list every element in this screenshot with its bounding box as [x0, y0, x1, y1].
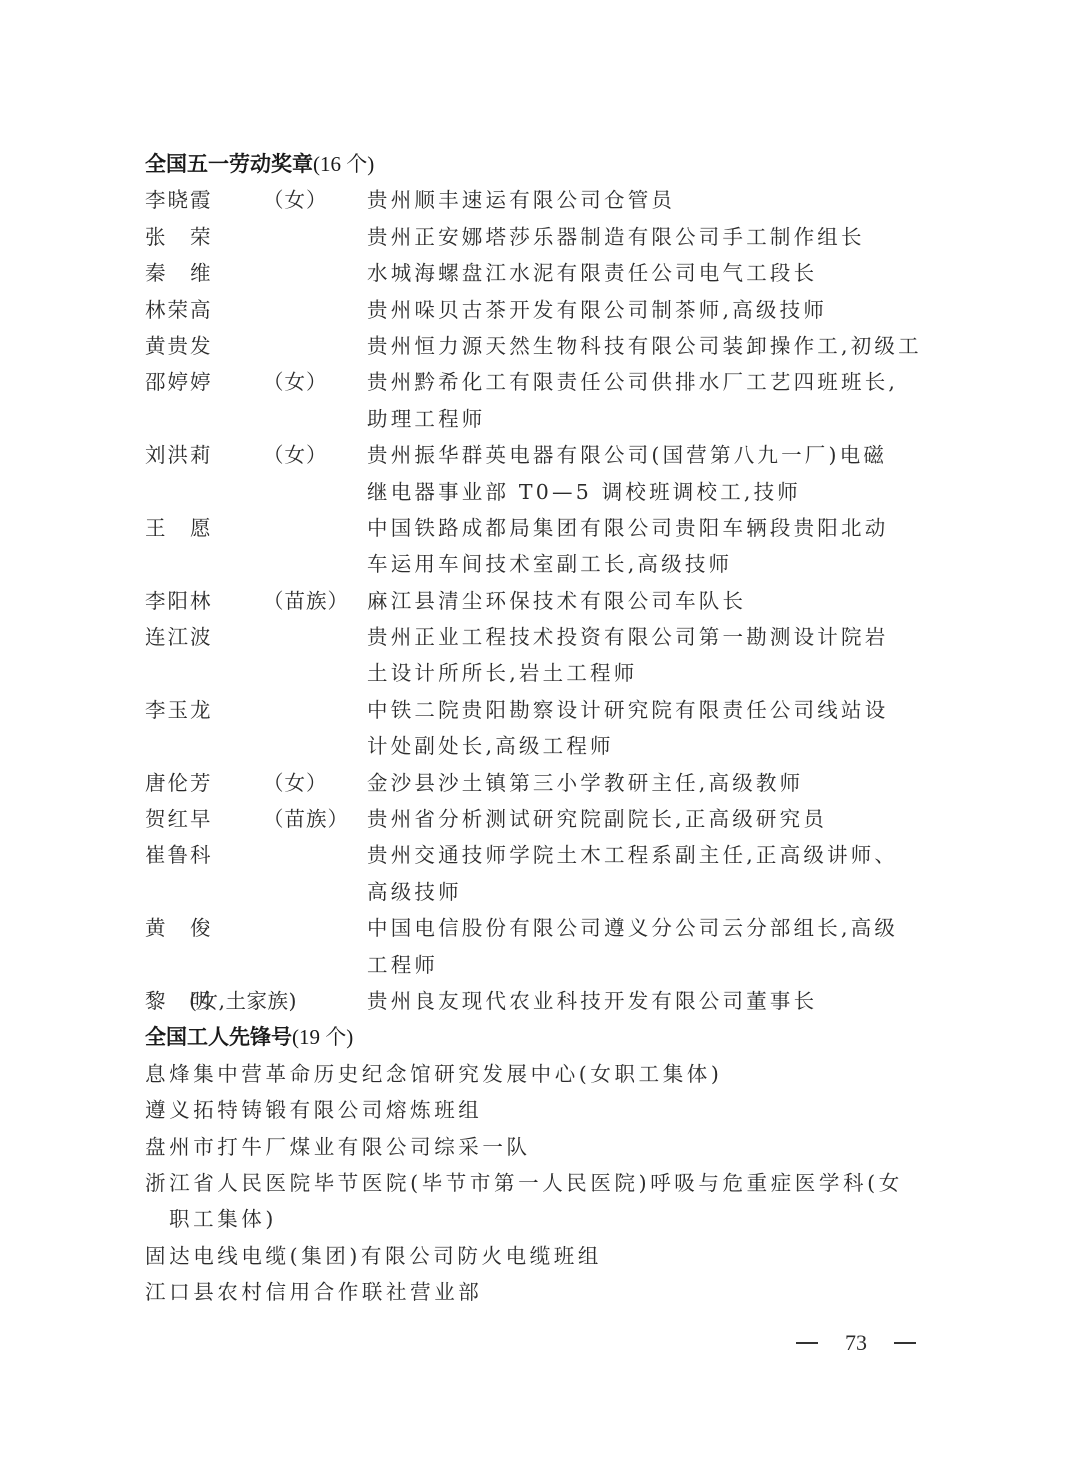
person-name: 黄 俊 — [145, 910, 263, 946]
list-item: 唐伦芳 （女） 金沙县沙土镇第三小学教研主任,高级教师 — [145, 765, 945, 801]
person-name: 秦 维 — [145, 255, 263, 291]
person-note: （苗族） — [263, 801, 367, 837]
list-item: 盘州市打牛厂煤业有限公司综采一队 — [145, 1129, 945, 1165]
list-item: 邵婷婷 （女） 贵州黔希化工有限责任公司供排水厂工艺四班班长, 助理工程师 — [145, 364, 945, 437]
dash-right — [894, 1342, 916, 1344]
section-title-pioneer: 全国工人先锋号(19 个) — [145, 1019, 945, 1055]
section-title-text: 全国五一劳动奖章 — [145, 152, 313, 176]
person-name: 李晓霞 — [145, 182, 263, 218]
page-content: 全国五一劳动奖章(16 个) 李晓霞 （女） 贵州顺丰速运有限公司仓管员 张 荣… — [145, 146, 945, 1311]
person-note — [263, 837, 367, 873]
person-name: 王 愿 — [145, 510, 263, 546]
person-note — [263, 292, 367, 328]
desc-line: 金沙县沙土镇第三小学教研主任,高级教师 — [367, 765, 945, 801]
person-name: 连江波 — [145, 619, 263, 655]
list-item: 遵义拓特铸锻有限公司熔炼班组 — [145, 1092, 945, 1128]
person-note — [263, 692, 367, 728]
person-note: （苗族） — [263, 583, 367, 619]
document-page: 全国五一劳动奖章(16 个) 李晓霞 （女） 贵州顺丰速运有限公司仓管员 张 荣… — [0, 0, 1080, 1475]
desc-line: 贵州恒力源天然生物科技有限公司装卸操作工,初级工 — [367, 328, 945, 364]
person-desc: 贵州交通技师学院土木工程系副主任,正高级讲师、 高级技师 — [367, 837, 945, 910]
desc-line: 水城海螺盘江水泥有限责任公司电气工段长 — [367, 255, 945, 291]
person-desc: 贵州振华群英电器有限公司(国营第八九一厂)电磁 继电器事业部 T0—5 调校班调… — [367, 437, 945, 510]
list-item: 连江波 贵州正业工程技术投资有限公司第一勘测设计院岩 土设计所所长,岩土工程师 — [145, 619, 945, 692]
person-desc: 贵州恒力源天然生物科技有限公司装卸操作工,初级工 — [367, 328, 945, 364]
person-desc: 贵州省分析测试研究院副院长,正高级研究员 — [367, 801, 945, 837]
section-title-text: 全国工人先锋号 — [145, 1025, 292, 1049]
list-item: 刘洪莉 （女） 贵州振华群英电器有限公司(国营第八九一厂)电磁 继电器事业部 T… — [145, 437, 945, 510]
person-note: (女,土家族) — [189, 983, 367, 1019]
person-name: 林荣高 — [145, 292, 263, 328]
desc-line: 贵州正业工程技术投资有限公司第一勘测设计院岩 — [367, 619, 945, 655]
desc-line: 土设计所所长,岩土工程师 — [367, 655, 945, 691]
person-note — [263, 219, 367, 255]
desc-line: 贵州良友现代农业科技开发有限公司董事长 — [367, 983, 945, 1019]
person-note: （女） — [263, 765, 367, 801]
person-note: （女） — [263, 182, 367, 218]
person-name: 贺红早 — [145, 801, 263, 837]
list-item: 李晓霞 （女） 贵州顺丰速运有限公司仓管员 — [145, 182, 945, 218]
person-name: 李玉龙 — [145, 692, 263, 728]
person-note — [263, 910, 367, 946]
page-number: 73 — [845, 1326, 867, 1360]
desc-line: 工程师 — [367, 947, 945, 983]
list-item: 王 愿 中国铁路成都局集团有限公司贵阳车辆段贵阳北动 车运用车间技术室副工长,高… — [145, 510, 945, 583]
list-item: 息烽集中营革命历史纪念馆研究发展中心(女职工集体) — [145, 1056, 945, 1092]
person-desc: 贵州正业工程技术投资有限公司第一勘测设计院岩 土设计所所长,岩土工程师 — [367, 619, 945, 692]
desc-line: 麻江县清尘环保技术有限公司车队长 — [367, 583, 945, 619]
list-item: 林荣高 贵州哚贝古茶开发有限公司制茶师,高级技师 — [145, 292, 945, 328]
person-desc: 贵州顺丰速运有限公司仓管员 — [367, 182, 945, 218]
person-note — [263, 328, 367, 364]
person-name: 邵婷婷 — [145, 364, 263, 400]
list-item: 固达电线电缆(集团)有限公司防火电缆班组 — [145, 1238, 945, 1274]
person-desc: 麻江县清尘环保技术有限公司车队长 — [367, 583, 945, 619]
list-item: 张 荣 贵州正安娜塔莎乐器制造有限公司手工制作组长 — [145, 219, 945, 255]
person-desc: 贵州黔希化工有限责任公司供排水厂工艺四班班长, 助理工程师 — [367, 364, 945, 437]
person-desc: 中国电信股份有限公司遵义分公司云分部组长,高级 工程师 — [367, 910, 945, 983]
list-item: 黄贵发 贵州恒力源天然生物科技有限公司装卸操作工,初级工 — [145, 328, 945, 364]
list-item: 李玉龙 中铁二院贵阳勘察设计研究院有限责任公司线站设 计处副处长,高级工程师 — [145, 692, 945, 765]
desc-line: 继电器事业部 T0—5 调校班调校工,技师 — [367, 474, 945, 510]
desc-line: 计处副处长,高级工程师 — [367, 728, 945, 764]
person-name: 黄贵发 — [145, 328, 263, 364]
person-desc: 贵州哚贝古茶开发有限公司制茶师,高级技师 — [367, 292, 945, 328]
person-note — [263, 255, 367, 291]
person-note: （女） — [263, 437, 367, 473]
desc-line: 贵州顺丰速运有限公司仓管员 — [367, 182, 945, 218]
list-item: 秦 维 水城海螺盘江水泥有限责任公司电气工段长 — [145, 255, 945, 291]
person-desc: 金沙县沙土镇第三小学教研主任,高级教师 — [367, 765, 945, 801]
person-note — [263, 510, 367, 546]
desc-line: 中国电信股份有限公司遵义分公司云分部组长,高级 — [367, 910, 945, 946]
medal-list: 李晓霞 （女） 贵州顺丰速运有限公司仓管员 张 荣 贵州正安娜塔莎乐器制造有限公… — [145, 182, 945, 1019]
person-desc: 中铁二院贵阳勘察设计研究院有限责任公司线站设 计处副处长,高级工程师 — [367, 692, 945, 765]
list-item: 江口县农村信用合作联社营业部 — [145, 1274, 945, 1310]
pioneer-list: 息烽集中营革命历史纪念馆研究发展中心(女职工集体) 遵义拓特铸锻有限公司熔炼班组… — [145, 1056, 945, 1311]
list-item: 贺红早 （苗族） 贵州省分析测试研究院副院长,正高级研究员 — [145, 801, 945, 837]
desc-line: 贵州振华群英电器有限公司(国营第八九一厂)电磁 — [367, 437, 945, 473]
desc-line: 高级技师 — [367, 874, 945, 910]
person-name: 崔鲁科 — [145, 837, 263, 873]
desc-line: 中铁二院贵阳勘察设计研究院有限责任公司线站设 — [367, 692, 945, 728]
section-count: (19 个) — [292, 1025, 353, 1049]
desc-line: 贵州交通技师学院土木工程系副主任,正高级讲师、 — [367, 837, 945, 873]
page-footer: 73 — [796, 1326, 916, 1360]
person-desc: 中国铁路成都局集团有限公司贵阳车辆段贵阳北动 车运用车间技术室副工长,高级技师 — [367, 510, 945, 583]
person-name: 唐伦芳 — [145, 765, 263, 801]
desc-line: 车运用车间技术室副工长,高级技师 — [367, 546, 945, 582]
list-item-continuation: 职工集体) — [145, 1201, 945, 1237]
person-desc: 水城海螺盘江水泥有限责任公司电气工段长 — [367, 255, 945, 291]
desc-line: 助理工程师 — [367, 401, 945, 437]
person-name: 黎 明 — [145, 983, 189, 1019]
section-title-medal: 全国五一劳动奖章(16 个) — [145, 146, 945, 182]
section-count: (16 个) — [313, 152, 374, 176]
person-name: 刘洪莉 — [145, 437, 263, 473]
person-desc: 贵州正安娜塔莎乐器制造有限公司手工制作组长 — [367, 219, 945, 255]
list-item: 浙江省人民医院毕节医院(毕节市第一人民医院)呼吸与危重症医学科(女 — [145, 1165, 945, 1201]
person-note: （女） — [263, 364, 367, 400]
list-item: 黄 俊 中国电信股份有限公司遵义分公司云分部组长,高级 工程师 — [145, 910, 945, 983]
desc-line: 贵州正安娜塔莎乐器制造有限公司手工制作组长 — [367, 219, 945, 255]
list-item: 崔鲁科 贵州交通技师学院土木工程系副主任,正高级讲师、 高级技师 — [145, 837, 945, 910]
desc-line: 贵州省分析测试研究院副院长,正高级研究员 — [367, 801, 945, 837]
desc-line: 贵州哚贝古茶开发有限公司制茶师,高级技师 — [367, 292, 945, 328]
person-desc: 贵州良友现代农业科技开发有限公司董事长 — [367, 983, 945, 1019]
desc-line: 贵州黔希化工有限责任公司供排水厂工艺四班班长, — [367, 364, 945, 400]
list-item: 黎 明 (女,土家族) 贵州良友现代农业科技开发有限公司董事长 — [145, 983, 945, 1019]
person-note — [263, 619, 367, 655]
dash-left — [796, 1342, 818, 1344]
person-name: 张 荣 — [145, 219, 263, 255]
desc-line: 中国铁路成都局集团有限公司贵阳车辆段贵阳北动 — [367, 510, 945, 546]
person-name: 李阳林 — [145, 583, 263, 619]
list-item: 李阳林 （苗族） 麻江县清尘环保技术有限公司车队长 — [145, 583, 945, 619]
